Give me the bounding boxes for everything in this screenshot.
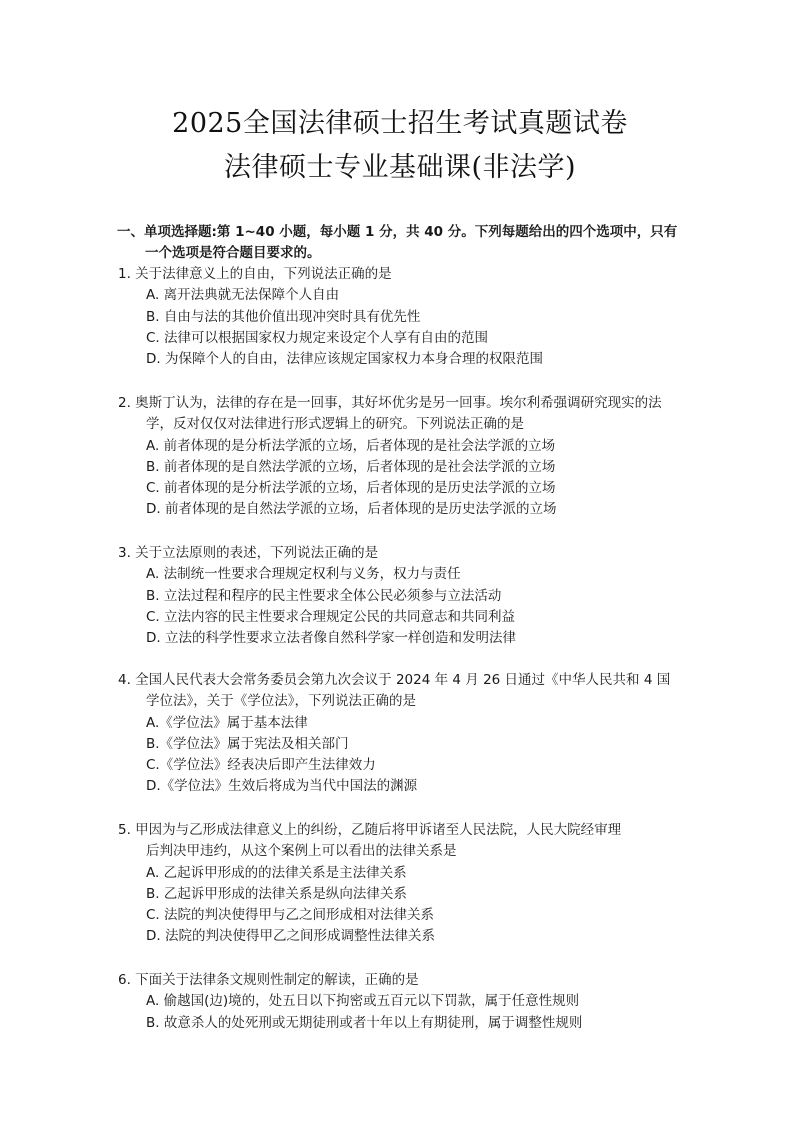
question-stem-cont: 学，反对仅仅对法律进行形式逻辑上的研究。下列说法正确的是: [118, 414, 718, 435]
option-c: C. 前者体现的是分析法学派的立场，后者体现的是历史法学派的立场: [118, 478, 718, 499]
section-instructions: 一、单项选择题:第 1~40 小题，每小题 1 分，共 40 分。下列每题给出的…: [117, 222, 717, 264]
option-a: A.《学位法》属于基本法律: [118, 713, 718, 734]
option-c: C. 立法内容的民主性要求合理规定公民的共同意志和共同利益: [118, 607, 718, 628]
option-c: C.《学位法》经表决后即产生法律效力: [118, 755, 718, 776]
option-b: B. 立法过程和程序的民主性要求全体公民必须参与立法活动: [118, 586, 718, 607]
question-6: 6. 下面关于法律条文规则性制定的解读，正确的是 A. 偷越国(边)境的，处五日…: [118, 970, 718, 1034]
option-a: A. 离开法典就无法保障个人自由: [118, 285, 718, 306]
option-d: D. 为保障个人的自由，法律应该规定国家权力本身合理的权限范围: [118, 349, 718, 370]
option-d: D. 法院的判决使得甲乙之间形成调整性法律关系: [118, 926, 718, 947]
exam-subtitle: 法律硕士专业基础课(非法学): [0, 145, 800, 184]
option-b: B. 乙起诉甲形成的法律关系是纵向法律关系: [118, 884, 718, 905]
question-stem-cont: 后判决甲违约，从这个案例上可以看出的法律关系是: [118, 841, 718, 862]
question-stem: 2. 奥斯丁认为，法律的存在是一回事，其好坏优劣是另一回事。埃尔利希强调研究现实…: [118, 393, 718, 414]
section-line-2: 一个选项是符合题目要求的。: [117, 243, 717, 264]
option-c: C. 法院的判决使得甲与乙之间形成相对法律关系: [118, 905, 718, 926]
question-stem: 6. 下面关于法律条文规则性制定的解读，正确的是: [118, 970, 718, 991]
question-5: 5. 甲因为与乙形成法律意义上的纠纷，乙随后将甲诉诸至人民法院，人民大院经审理 …: [118, 820, 718, 948]
option-b: B. 自由与法的其他价值出现冲突时具有优先性: [118, 307, 718, 328]
question-3: 3. 关于立法原则的表述，下列说法正确的是 A. 法制统一性要求合理规定权利与义…: [118, 543, 718, 649]
section-line-1: 一、单项选择题:第 1~40 小题，每小题 1 分，共 40 分。下列每题给出的…: [117, 222, 717, 243]
question-stem: 5. 甲因为与乙形成法律意义上的纠纷，乙随后将甲诉诸至人民法院，人民大院经审理: [118, 820, 718, 841]
option-b: B. 前者体现的是自然法学派的立场，后者体现的是社会法学派的立场: [118, 457, 718, 478]
question-stem-cont: 学位法》，关于《学位法》，下列说法正确的是: [118, 691, 718, 712]
question-4: 4. 全国人民代表大会常务委员会第九次会议于 2024 年 4 月 26 日通过…: [118, 670, 718, 798]
exam-title: 2025全国法律硕士招生考试真题试卷: [0, 101, 800, 140]
question-stem: 1. 关于法律意义上的自由，下列说法正确的是: [118, 264, 718, 285]
option-a: A. 偷越国(边)境的，处五日以下拘密或五百元以下罚款，属于任意性规则: [118, 991, 718, 1012]
question-2: 2. 奥斯丁认为，法律的存在是一回事，其好坏优劣是另一回事。埃尔利希强调研究现实…: [118, 393, 718, 521]
option-c: C. 法律可以根据国家权力规定来设定个人享有自由的范围: [118, 328, 718, 349]
option-d: D.《学位法》生效后将成为当代中国法的渊源: [118, 776, 718, 797]
option-b: B.《学位法》属于宪法及相关部门: [118, 734, 718, 755]
option-d: D. 立法的科学性要求立法者像自然科学家一样创造和发明法律: [118, 628, 718, 649]
option-a: A. 法制统一性要求合理规定权利与义务，权力与责任: [118, 564, 718, 585]
question-1: 1. 关于法律意义上的自由，下列说法正确的是 A. 离开法典就无法保障个人自由 …: [118, 264, 718, 370]
option-b: B. 故意杀人的处死刑或无期徒刑或者十年以上有期徒刑，属于调整性规则: [118, 1013, 718, 1034]
option-a: A. 乙起诉甲形成的的法律关系是主法律关系: [118, 863, 718, 884]
question-stem: 4. 全国人民代表大会常务委员会第九次会议于 2024 年 4 月 26 日通过…: [118, 670, 718, 691]
option-d: D. 前者体现的是自然法学派的立场，后者体现的是历史法学派的立场: [118, 499, 718, 520]
question-stem: 3. 关于立法原则的表述，下列说法正确的是: [118, 543, 718, 564]
option-a: A. 前者体现的是分析法学派的立场，后者体现的是社会法学派的立场: [118, 436, 718, 457]
